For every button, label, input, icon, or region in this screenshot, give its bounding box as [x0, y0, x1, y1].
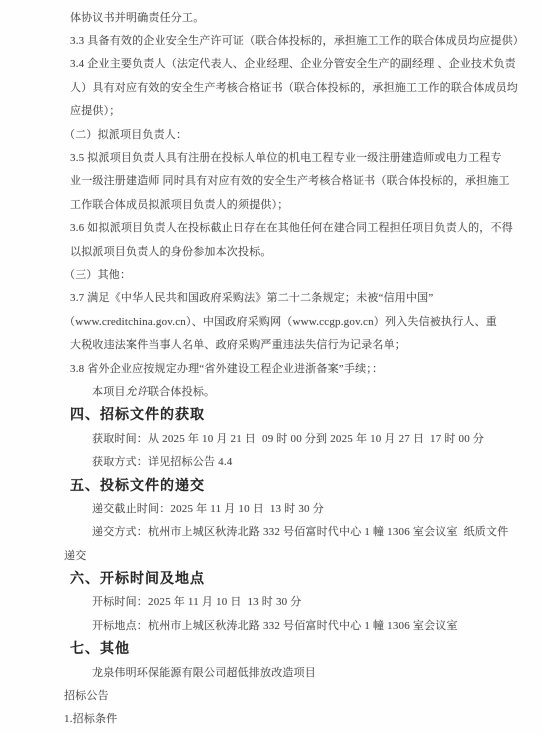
doc-line: 3.8 省外企业应按规定办理“省外建设工程企业进浙备案”手续；：: [70, 356, 542, 379]
doc-line: 工作联合体成员拟派项目负责人的须提供）；: [70, 192, 542, 215]
doc-line: 应提供）；: [70, 99, 542, 122]
section-heading: 五、投标文件的递交: [70, 473, 542, 496]
doc-line: （www.creditchina.gov.cn）、中国政府采购网（www.ccg…: [64, 309, 542, 332]
doc-line: （二）拟派项目负责人：: [64, 122, 542, 145]
section-heading: 七、其他: [70, 637, 542, 660]
doc-line: 大税收违法案件当事人名单、政府采购严重违法失信行为记录名单；: [70, 332, 542, 355]
doc-line: 体协议书并明确责任分工。: [70, 5, 542, 28]
doc-line: 人）具有对应有效的安全生产考核合格证书（联合体投标的，承担施工工作的联合体成员均: [70, 75, 542, 98]
doc-line: 获取方式：详见招标公告 4.4: [70, 449, 542, 472]
document-page: 体协议书并明确责任分工。3.3 具备有效的企业安全生产许可证（联合体投标的，承担…: [0, 0, 542, 734]
section-heading: 四、招标文件的获取: [70, 403, 542, 426]
doc-line: 业一级注册建造师 同时具有对应有效的安全生产考核合格证书（联合体投标的，承担施工: [70, 169, 542, 192]
doc-line: 开标时间：2025 年 11 月 10 日 13 时 30 分: [70, 590, 542, 613]
doc-line: 1.招标条件: [64, 707, 542, 730]
document-body: 体协议书并明确责任分工。3.3 具备有效的企业安全生产许可证（联合体投标的，承担…: [0, 5, 542, 730]
doc-line: 获取时间：从 2025 年 10 月 21 日 09 时 00 分到 2025 …: [70, 426, 542, 449]
doc-line: 招标公告: [64, 683, 542, 706]
doc-line: 递交: [64, 543, 542, 566]
doc-line: 3.5 拟派项目负责人具有注册在投标人单位的机电工程专业一级注册建造师或电力工程…: [70, 145, 542, 168]
doc-line: 3.6 如拟派项目负责人在投标截止日存在在其他任何在建合同工程担任项目负责人的，…: [70, 216, 542, 239]
doc-line: 开标地点：杭州市上城区秋涛北路 332 号佰富时代中心 1 幢 1306 室会议…: [70, 613, 542, 636]
doc-line: 3.4 企业主要负责人（法定代表人、企业经理、企业分管安全生产的副经理 、企业技…: [70, 52, 542, 75]
doc-line: 递交方式：杭州市上城区秋涛北路 332 号佰富时代中心 1 幢 1306 室会议…: [70, 520, 542, 543]
doc-text: 联合体投标。: [148, 383, 215, 399]
doc-text-italic: 允许: [126, 383, 148, 399]
doc-line: 3.7 满足《中华人民共和国政府采购法》第二十二条规定；未被“信用中国”: [70, 286, 542, 309]
doc-line: 递交截止时间：2025 年 11 月 10 日 13 时 30 分: [70, 496, 542, 519]
doc-line: 龙泉伟明环保能源有限公司超低排放改造项目: [70, 660, 542, 683]
doc-line: 本项目允许联合体投标。: [70, 379, 542, 402]
doc-text: 本项目: [92, 383, 126, 399]
section-heading: 六、开标时间及地点: [70, 566, 542, 589]
doc-line: 3.3 具备有效的企业安全生产许可证（联合体投标的，承担施工工作的联合体成员均应…: [70, 28, 542, 51]
doc-line: （三）其他：: [64, 262, 542, 285]
doc-line: 以拟派项目负责人的身份参加本次投标。: [70, 239, 542, 262]
